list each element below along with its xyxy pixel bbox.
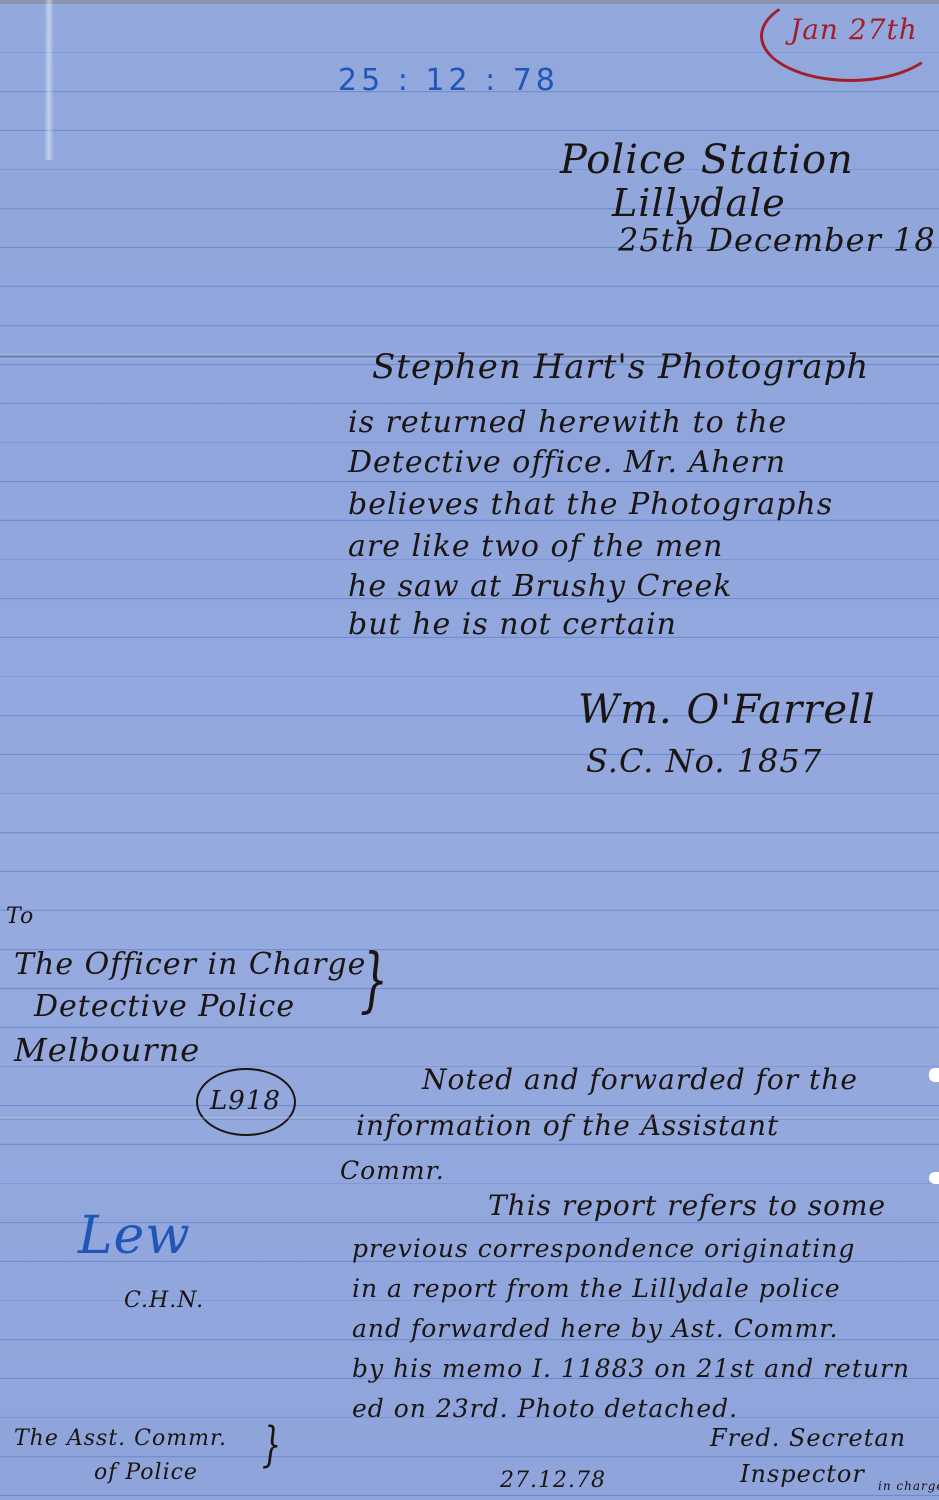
endorsement-signature-suffix: in charge xyxy=(878,1480,939,1492)
blue-pencil-date: 25 : 12 : 78 xyxy=(338,66,559,96)
register-number: L918 xyxy=(210,1088,281,1114)
endorsement-line: previous correspondence originating xyxy=(352,1236,855,1261)
address-line: Melbourne xyxy=(14,1034,200,1066)
initials-cah: C.H.N. xyxy=(124,1290,204,1312)
address-line: The Officer in Charge xyxy=(14,950,366,980)
paper-edge-notch xyxy=(929,1068,939,1082)
body-line: believes that the Photographs xyxy=(348,490,833,520)
body-line: Detective office. Mr. Ahern xyxy=(348,448,786,478)
endorsement-line: and forwarded here by Ast. Commr. xyxy=(352,1316,838,1341)
endorsement-signature-name: Fred. Secretan xyxy=(710,1426,906,1450)
paper-crease-mark xyxy=(44,0,54,160)
footer-address-line: of Police xyxy=(94,1462,198,1484)
endorsement-line: Noted and forwarded for the xyxy=(422,1066,858,1094)
footer-address-line: The Asst. Commr. xyxy=(14,1428,227,1450)
blue-initials: Lew xyxy=(78,1210,191,1262)
endorsement-line: This report refers to some xyxy=(488,1192,886,1220)
endorsement-line: information of the Assistant xyxy=(356,1112,779,1140)
body-line: he saw at Brushy Creek xyxy=(348,572,732,602)
endorsement-line: Commr. xyxy=(340,1158,445,1183)
endorsement-line: ed on 23rd. Photo detached. xyxy=(352,1396,738,1421)
endorsement-line: by his memo I. 11883 on 21st and return xyxy=(352,1356,910,1381)
signature-name: Wm. O'Farrell xyxy=(578,690,876,730)
address-line: Detective Police xyxy=(34,992,295,1022)
letter-paper: Jan 27th 25 : 12 : 78 Police Station Lil… xyxy=(0,0,939,1500)
received-stamp-date: Jan 27th xyxy=(790,16,918,44)
endorsement-signature-title: Inspector xyxy=(740,1462,865,1486)
endorsement-line: in a report from the Lillydale police xyxy=(352,1276,841,1301)
paper-edge-notch xyxy=(929,1172,939,1184)
header-station: Police Station xyxy=(560,140,854,180)
brace-mark: } xyxy=(360,940,388,1022)
address-to: To xyxy=(6,906,34,928)
body-line: but he is not certain xyxy=(348,610,677,640)
body-line: are like two of the men xyxy=(348,532,723,562)
header-date: 25th December 1878 xyxy=(618,224,939,256)
header-location: Lillydale xyxy=(612,184,786,222)
bottom-date: 27.12.78 xyxy=(500,1470,606,1492)
brace-mark: } xyxy=(262,1418,281,1474)
body-line: is returned herewith to the xyxy=(348,408,787,438)
body-line: Stephen Hart's Photograph xyxy=(372,350,869,384)
signature-title: S.C. No. 1857 xyxy=(586,745,822,777)
